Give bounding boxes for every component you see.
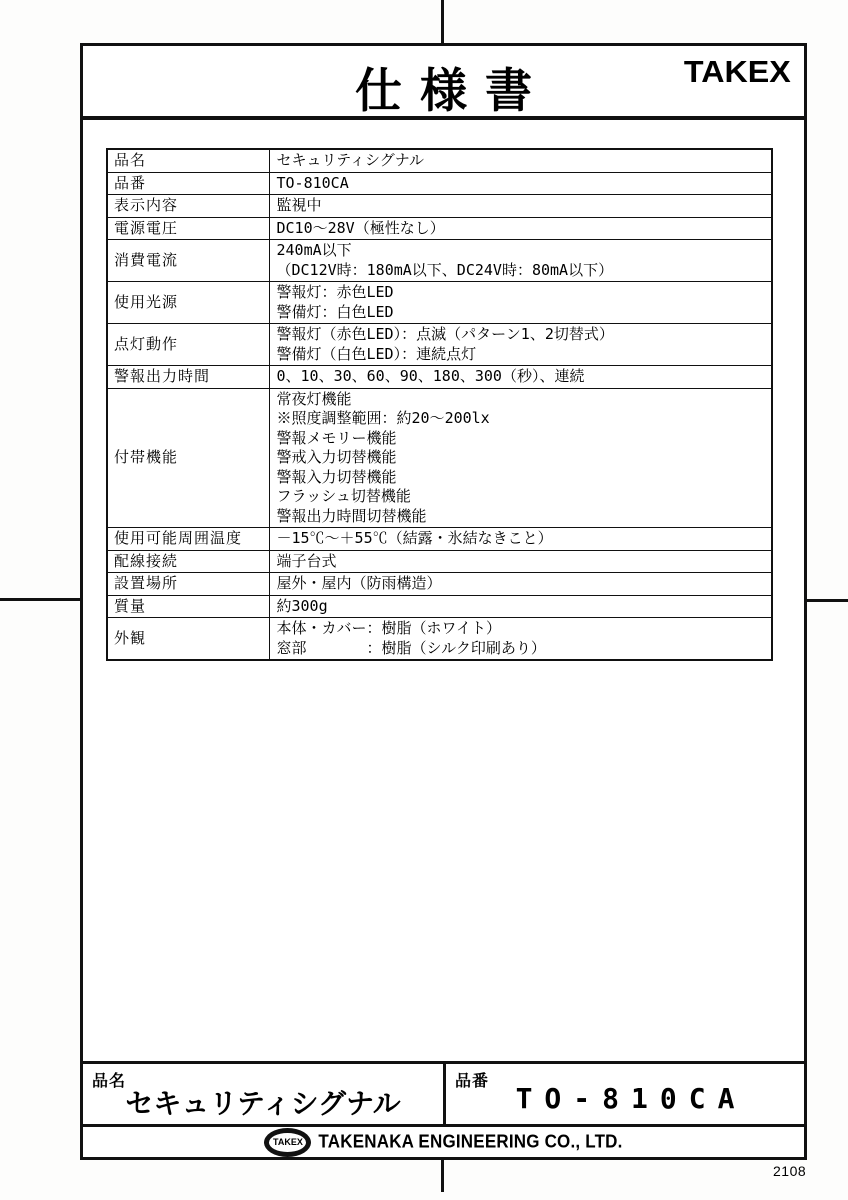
trim-mark-top [441, 0, 444, 44]
spec-label: 表示内容 [107, 195, 269, 218]
spec-value-line: フラッシュ切替機能 [277, 487, 765, 507]
table-row: 使用光源 警報灯：赤色LED 警備灯：白色LED [107, 282, 772, 324]
spec-label: 点灯動作 [107, 324, 269, 366]
spec-value-line: 0、10、30、60、90、180、300（秒）、連続 [277, 367, 765, 387]
spec-value-line: セキュリティシグナル [277, 151, 765, 171]
spec-value: 端子台式 [269, 550, 772, 573]
spec-value: セキュリティシグナル [269, 149, 772, 172]
product-number-value: TO-810CA [446, 1082, 804, 1115]
table-row: 外観 本体・カバー：樹脂（ホワイト） 窓部 ：樹脂（シルク印刷あり） [107, 618, 772, 661]
spec-label: 品番 [107, 172, 269, 195]
spec-value: 約300g [269, 595, 772, 618]
document-page: 仕様書 TAKEX 品名 セキュリティシグナル 品番 TO-810CA 表示内容… [80, 43, 807, 1160]
takex-oval-logo-text: TAKEX [273, 1137, 303, 1147]
spec-label: 電源電圧 [107, 217, 269, 240]
product-bar: 品名 セキュリティシグナル 品番 TO-810CA [80, 1061, 807, 1125]
spec-value-line: 警戒入力切替機能 [277, 448, 765, 468]
spec-value-line: 監視中 [277, 196, 765, 216]
table-row: 表示内容 監視中 [107, 195, 772, 218]
product-name-cell: 品名 セキュリティシグナル [83, 1064, 446, 1125]
spec-value-line: ※照度調整範囲：約20～200lx [277, 409, 765, 429]
spec-value: 本体・カバー：樹脂（ホワイト） 窓部 ：樹脂（シルク印刷あり） [269, 618, 772, 661]
spec-value: TO-810CA [269, 172, 772, 195]
product-number-cell: 品番 TO-810CA [446, 1064, 804, 1125]
table-row: 品番 TO-810CA [107, 172, 772, 195]
spec-value-line: 警報入力切替機能 [277, 468, 765, 488]
spec-value-line: 本体・カバー：樹脂（ホワイト） [277, 619, 765, 639]
spec-value: －15℃～＋55℃（結露・氷結なきこと） [269, 528, 772, 551]
table-row: 電源電圧 DC10～28V（極性なし） [107, 217, 772, 240]
spec-value-line: 警報出力時間切替機能 [277, 507, 765, 527]
company-footer: TAKEX TAKENAKA ENGINEERING CO., LTD. [80, 1124, 807, 1160]
spec-value: 屋外・屋内（防雨構造） [269, 573, 772, 596]
spec-label: 付帯機能 [107, 388, 269, 528]
spec-label: 設置場所 [107, 573, 269, 596]
spec-value-line: 警報メモリー機能 [277, 429, 765, 449]
spec-label: 配線接続 [107, 550, 269, 573]
spec-label: 品名 [107, 149, 269, 172]
spec-value-line: TO-810CA [277, 174, 765, 194]
spec-value-line: 警備灯（白色LED）：連続点灯 [277, 345, 765, 365]
table-row: 警報出力時間 0、10、30、60、90、180、300（秒）、連続 [107, 366, 772, 389]
spec-value: 0、10、30、60、90、180、300（秒）、連続 [269, 366, 772, 389]
table-row: 配線接続 端子台式 [107, 550, 772, 573]
spec-value-line: －15℃～＋55℃（結露・氷結なきこと） [277, 529, 765, 549]
spec-value-line: 常夜灯機能 [277, 390, 765, 410]
table-row: 消費電流 240mA以下 （DC12V時：180mA以下、DC24V時：80mA… [107, 240, 772, 282]
spec-label: 質量 [107, 595, 269, 618]
spec-value: 警報灯（赤色LED）：点滅（パターン1、2切替式） 警備灯（白色LED）：連続点… [269, 324, 772, 366]
spec-value: 常夜灯機能 ※照度調整範囲：約20～200lx 警報メモリー機能 警戒入力切替機… [269, 388, 772, 528]
takex-logo: TAKEX [684, 54, 791, 90]
product-name-value: セキュリティシグナル [83, 1082, 443, 1122]
spec-label: 外観 [107, 618, 269, 661]
spec-label: 警報出力時間 [107, 366, 269, 389]
table-row: 付帯機能 常夜灯機能 ※照度調整範囲：約20～200lx 警報メモリー機能 警戒… [107, 388, 772, 528]
company-name: TAKENAKA ENGINEERING CO., LTD. [318, 1131, 622, 1153]
spec-label: 使用可能周囲温度 [107, 528, 269, 551]
spec-value-line: （DC12V時：180mA以下、DC24V時：80mA以下） [277, 261, 765, 281]
document-header: 仕様書 TAKEX [83, 46, 804, 120]
trim-mark-bottom [441, 1159, 444, 1192]
spec-value: 警報灯：赤色LED 警備灯：白色LED [269, 282, 772, 324]
trim-mark-left [0, 598, 81, 601]
spec-value-line: 警報灯（赤色LED）：点滅（パターン1、2切替式） [277, 325, 765, 345]
takex-oval-logo-icon: TAKEX [264, 1128, 311, 1157]
table-row: 使用可能周囲温度 －15℃～＋55℃（結露・氷結なきこと） [107, 528, 772, 551]
table-row: 質量 約300g [107, 595, 772, 618]
spec-value-line: 屋外・屋内（防雨構造） [277, 574, 765, 594]
table-row: 品名 セキュリティシグナル [107, 149, 772, 172]
spec-value-line: 約300g [277, 597, 765, 617]
spec-value: 監視中 [269, 195, 772, 218]
spec-label: 使用光源 [107, 282, 269, 324]
trim-mark-right [805, 599, 848, 602]
spec-value: DC10～28V（極性なし） [269, 217, 772, 240]
spec-label: 消費電流 [107, 240, 269, 282]
spec-value-line: 端子台式 [277, 552, 765, 572]
spec-value-line: 窓部 ：樹脂（シルク印刷あり） [277, 639, 765, 659]
spec-value-line: 警報灯：赤色LED [277, 283, 765, 303]
spec-value: 240mA以下 （DC12V時：180mA以下、DC24V時：80mA以下） [269, 240, 772, 282]
page-number: 2108 [773, 1163, 806, 1179]
spec-value-line: 240mA以下 [277, 241, 765, 261]
table-row: 点灯動作 警報灯（赤色LED）：点滅（パターン1、2切替式） 警備灯（白色LED… [107, 324, 772, 366]
spec-value-line: 警備灯：白色LED [277, 303, 765, 323]
spec-value-line: DC10～28V（極性なし） [277, 219, 765, 239]
spec-table: 品名 セキュリティシグナル 品番 TO-810CA 表示内容 監視中 電源電圧 … [106, 148, 773, 661]
table-row: 設置場所 屋外・屋内（防雨構造） [107, 573, 772, 596]
